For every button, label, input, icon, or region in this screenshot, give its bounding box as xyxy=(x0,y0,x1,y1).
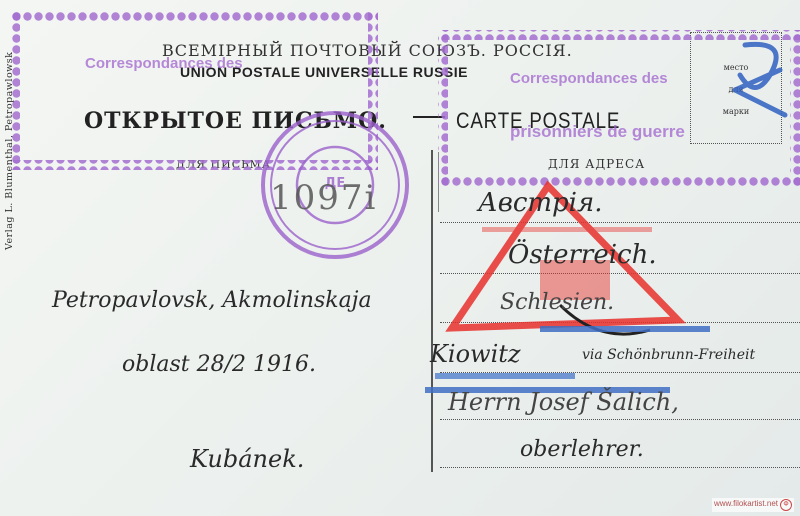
serial-number: 1097i xyxy=(270,178,377,218)
watermark-text: www.filokartist.net xyxy=(714,499,778,508)
watermark: www.filokartist.netФ xyxy=(712,498,794,512)
violet-stamp-prisoners-of-war: prisonniers de guerre xyxy=(510,122,685,142)
address-via: via Schönbrunn-Freiheit xyxy=(582,347,755,363)
message-line-2: oblast 28/2 1916. xyxy=(122,352,316,377)
message-line-1: Petropavlovsk, Akmolinskaja xyxy=(52,288,372,313)
postcard: ВСЕМIРНЫЙ ПОЧТОВЫЙ СОЮЗЪ. РОССIЯ. UNION … xyxy=(0,0,800,516)
violet-stamp-correspondances-right: Correspondances des xyxy=(510,70,668,87)
violet-stamp-correspondances-left: Correspondances des xyxy=(85,55,243,72)
message-signature: Kubánek. xyxy=(190,445,304,473)
address-recipient: Herrn Josef Šalich, xyxy=(448,388,679,416)
address-country-ru: Австрiя. xyxy=(478,188,602,218)
filokartist-logo-icon: Ф xyxy=(780,499,792,511)
stamp-graphics: ДЕ xyxy=(0,0,800,516)
address-title: oberlehrer. xyxy=(520,437,644,462)
serial-number-digits: 1097 xyxy=(270,178,365,218)
violet-frame-left-icon xyxy=(10,12,378,170)
serial-number-suffix: i xyxy=(365,178,378,218)
address-town: Kiowitz xyxy=(430,340,521,368)
address-country-de: Österreich. xyxy=(508,240,657,270)
address-region: Schlesien. xyxy=(500,290,614,315)
violet-frame-right-icon xyxy=(438,30,800,186)
